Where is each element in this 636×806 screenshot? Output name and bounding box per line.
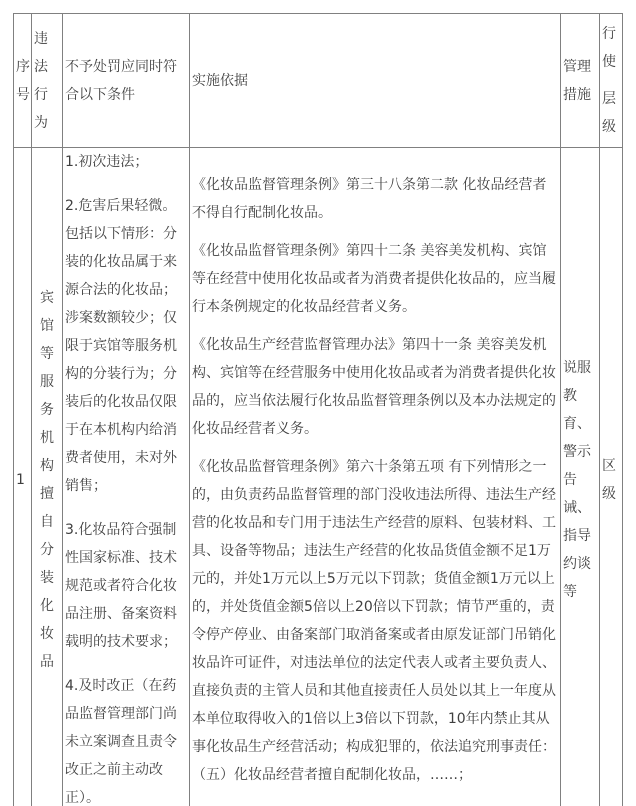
basis-paragraph-3: 《化妆品生产经营监督管理办法》第四十一条 美容美发机构、宾馆等在经营服务中使用化… — [192, 331, 558, 443]
document-page: 序号 违法行为 不予处罚应同时符合以下条件 实施依据 管理措施 行使 层级 — [0, 0, 636, 806]
condition-item-3: 3.化妆品符合强制性国家标准、技术规范或者符合化妆品注册、备案资料载明的技术要求… — [65, 516, 187, 656]
cell-conditions: 1.初次违法； 2.危害后果轻微。包括以下情形：分装的化妆品属于来源合法的化妆品… — [63, 148, 190, 806]
header-conditions-label: 不予处罚应同时符合以下条件 — [65, 53, 187, 109]
row-number: 1 — [16, 466, 29, 494]
header-violation-label: 违法行为 — [34, 25, 60, 137]
header-basis: 实施依据 — [190, 14, 561, 148]
condition-item-1: 1.初次违法； — [65, 148, 187, 176]
level-text: 区级 — [602, 452, 620, 508]
violation-text: 宾馆等服务机构擅自分装化妆品 — [34, 284, 60, 676]
header-level-line-1: 行使 — [602, 20, 620, 76]
measures-text: 说服教育、警示告诫、指导约谈等 — [563, 354, 597, 606]
table-row: 1 宾馆等服务机构擅自分装化妆品 1.初次违法； 2.危害后果轻微。包括以下情形… — [14, 148, 623, 806]
header-conditions: 不予处罚应同时符合以下条件 — [63, 14, 190, 148]
header-measures: 管理措施 — [561, 14, 600, 148]
cell-seq: 1 — [14, 148, 32, 806]
header-violation: 违法行为 — [32, 14, 63, 148]
header-seq-label: 序号 — [16, 53, 29, 109]
basis-paragraph-4: 《化妆品监督管理条例》第六十条第五项 有下列情形之一的，由负责药品监督管理的部门… — [192, 453, 558, 789]
header-level: 行使 层级 — [600, 14, 623, 148]
basis-paragraph-1: 《化妆品监督管理条例》第三十八条第二款 化妆品经营者不得自行配制化妆品。 — [192, 171, 558, 227]
cell-violation: 宾馆等服务机构擅自分装化妆品 — [32, 148, 63, 806]
condition-item-2: 2.危害后果轻微。包括以下情形：分装的化妆品属于来源合法的化妆品；涉案数额较少；… — [65, 192, 187, 500]
regulation-table: 序号 违法行为 不予处罚应同时符合以下条件 实施依据 管理措施 行使 层级 — [13, 13, 623, 806]
header-seq: 序号 — [14, 14, 32, 148]
header-row: 序号 违法行为 不予处罚应同时符合以下条件 实施依据 管理措施 行使 层级 — [14, 14, 623, 148]
header-basis-label: 实施依据 — [192, 67, 558, 95]
basis-paragraph-2: 《化妆品监督管理条例》第四十二条 美容美发机构、宾馆等在经营中使用化妆品或者为消… — [192, 237, 558, 321]
header-level-line-2: 层级 — [602, 85, 620, 141]
header-measures-label: 管理措施 — [563, 53, 597, 109]
cell-level: 区级 — [600, 148, 623, 806]
cell-basis: 《化妆品监督管理条例》第三十八条第二款 化妆品经营者不得自行配制化妆品。 《化妆… — [190, 148, 561, 806]
cell-measures: 说服教育、警示告诫、指导约谈等 — [561, 148, 600, 806]
condition-item-4: 4.及时改正（在药品监督管理部门尚未立案调查且责令改正之前主动改正）。 — [65, 672, 187, 806]
